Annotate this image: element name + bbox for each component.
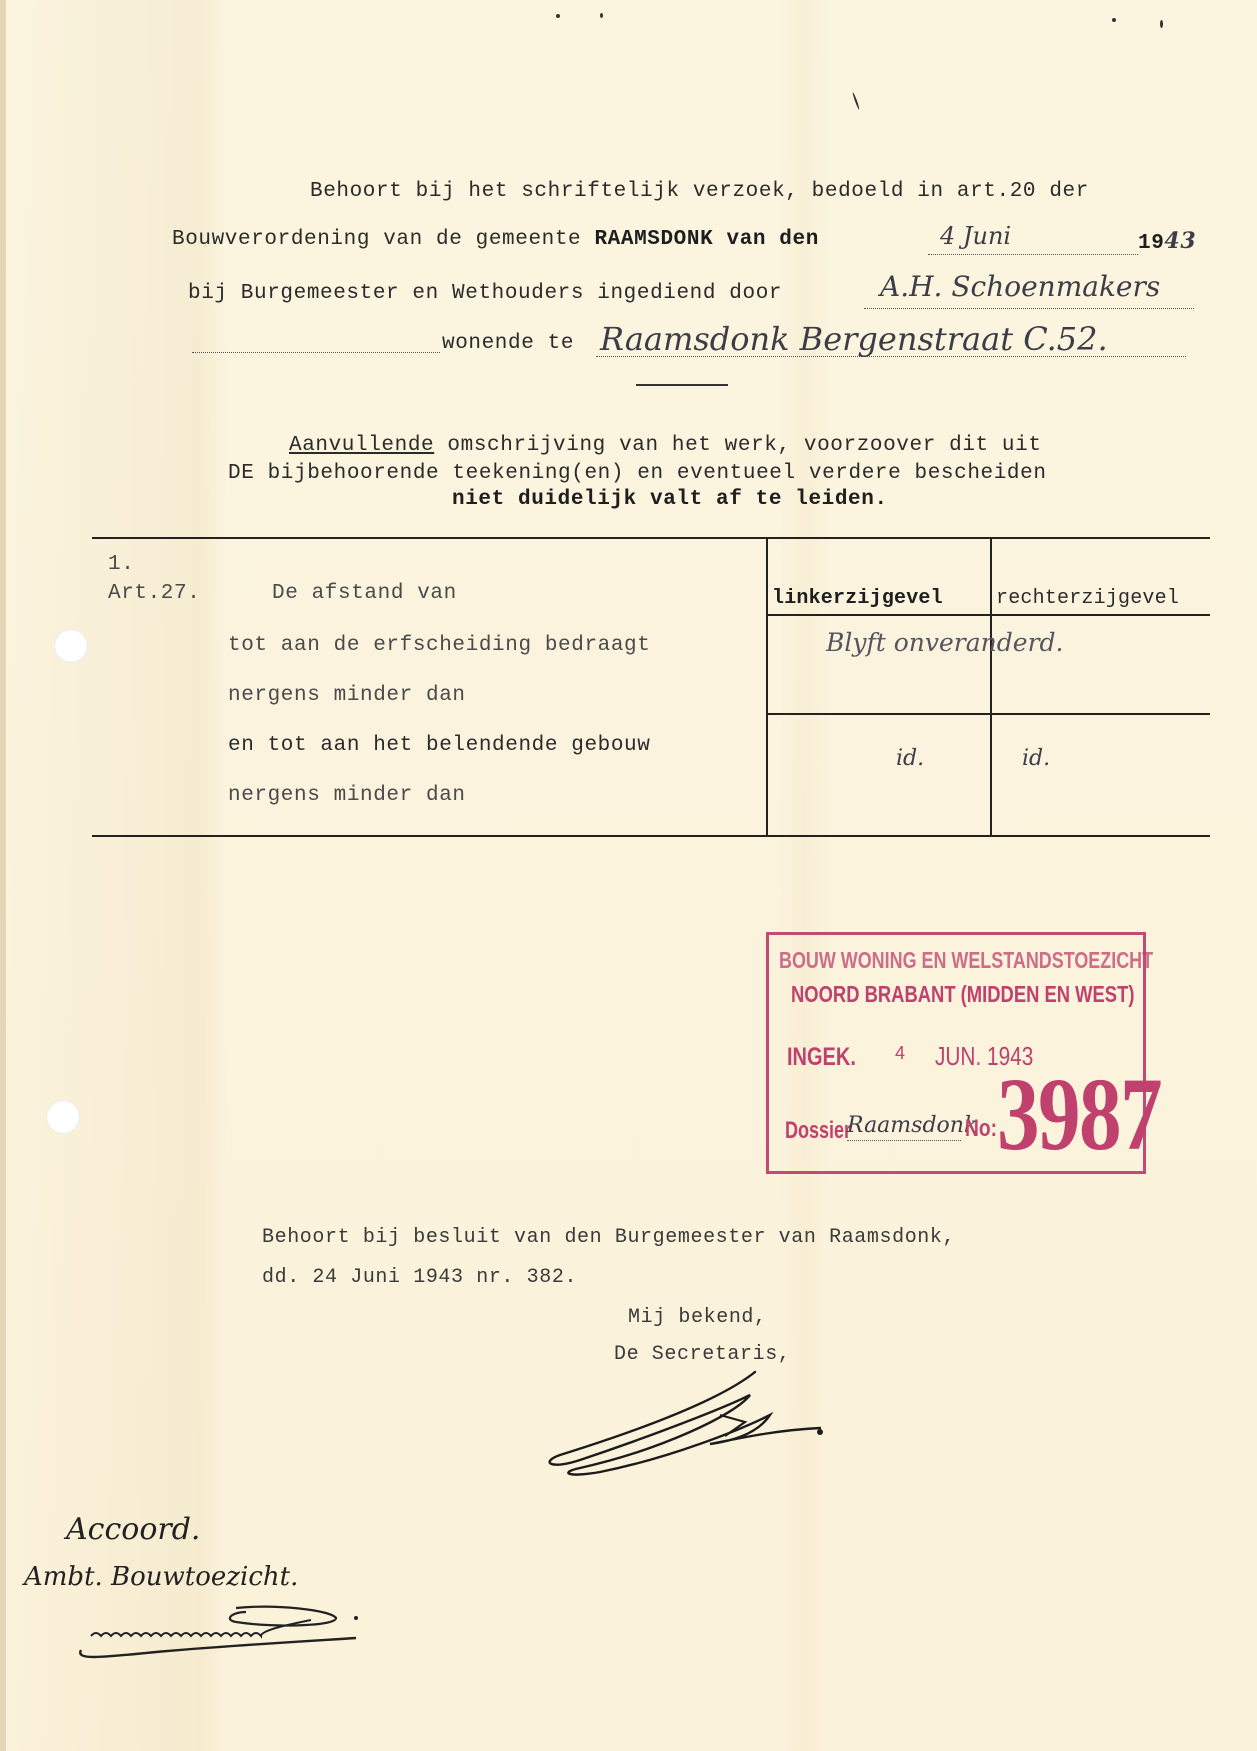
table-top-border [92,537,1210,539]
stamp-number: 3987 [997,1063,1161,1167]
year-prefix: 19 [1138,232,1164,255]
ink-speck [600,13,603,18]
row2-right-value: id. [1022,746,1050,771]
line4-prefix: wonende te [442,332,574,355]
punch-hole [54,629,88,663]
line2-mid: van den [713,228,819,251]
table-text-row: De afstand van [272,582,457,605]
known-label: Mij bekend, [628,1306,767,1329]
ink-speck [852,92,860,110]
header-line-4: wonende te [442,332,574,355]
decision-line-1: Behoort bij besluit van den Burgemeester… [262,1226,955,1249]
header-line-1: Behoort bij het schriftelijk verzoek, be… [310,180,1089,203]
item-number: 1. [108,553,134,576]
date-handwritten: 4 Juni [940,222,1011,250]
stamp-number-label: No: [965,1115,997,1143]
table-header-bottom [766,614,1210,616]
ink-speck [1112,18,1116,22]
stamp-dossier-handwritten: Raamsdonk [847,1113,977,1138]
separator-dash [636,384,728,386]
description-line-1: Aanvullende omschrijving van het werk, v… [289,434,1042,457]
table-row-divider [766,713,1210,715]
table-text-row: en tot aan het belendende gebouw [228,734,650,757]
annotation-line-1: Accoord. [66,1512,200,1547]
line2-prefix: Bouwverordening van de gemeente [172,228,594,251]
column-header-left-facade: linkerzijgevel [772,587,943,610]
stamp-received-day: 4 [895,1043,905,1064]
secretary-signature-icon [520,1360,840,1480]
residence-leading-line [192,352,440,353]
page-edge [0,0,6,1751]
table-col-divider-1 [766,537,768,837]
municipality-name: RAAMSDONK [594,228,713,251]
stamp-dossier-line [847,1140,961,1141]
ink-speck [1160,20,1163,28]
description-line-3: niet duidelijk valt af te leiden. [452,488,888,511]
column-header-right-facade: rechterzijgevel [996,587,1179,610]
header-line-3: bij Burgemeester en Wethouders ingediend… [188,282,782,305]
row1-value-handwritten: Blyft onveranderd. [826,628,1063,657]
heading-underlined-word: Aanvullende [289,434,434,457]
description-line-2: DE bijbehoorende teekening(en) en eventu… [228,462,1047,485]
annotation-line-2: Ambt. Bouwtoezicht. [24,1562,298,1592]
date-fill-line [928,254,1138,255]
row2-left-value: id. [896,746,924,771]
punch-hole [46,1100,80,1134]
table-bottom-border [92,835,1210,837]
table-text-row: nergens minder dan [228,684,466,707]
decision-line-2: dd. 24 Juni 1943 nr. 382. [262,1266,577,1289]
header-line-1-text: Behoort bij het schriftelijk verzoek, be… [310,180,1089,203]
year-printed: 1943 [1138,228,1196,255]
article-label: Art.27. [108,582,200,605]
address-handwritten: Raamsdonk Bergenstraat C.52. [600,320,1108,358]
stamp-dossier-label: Dossier [785,1117,851,1145]
description-line-1-rest: omschrijving van het werk, voorzoover di… [434,434,1041,457]
applicant-fill-line [864,308,1194,309]
stamp-line-1: BOUW WONING EN WELSTANDSTOEZICHT [779,947,1153,974]
line3-prefix: bij Burgemeester en Wethouders ingediend… [188,282,782,305]
stamp-received-label: INGEK. [787,1043,856,1072]
stamp-line-2: NOORD BRABANT (MIDDEN EN WEST) [791,981,1134,1008]
received-stamp: BOUW WONING EN WELSTANDSTOEZICHT NOORD B… [766,932,1146,1174]
year-handwritten: 43 [1164,228,1196,254]
table-text-row: nergens minder dan [228,784,466,807]
applicant-handwritten: A.H. Schoenmakers [880,270,1160,303]
annotation-paraph-icon [36,1600,376,1670]
header-line-2: Bouwverordening van de gemeente RAAMSDON… [172,228,819,251]
table-text-row: tot aan de erfscheiding bedraagt [228,634,650,657]
table-col-divider-2 [990,537,992,837]
ink-speck [556,14,560,18]
